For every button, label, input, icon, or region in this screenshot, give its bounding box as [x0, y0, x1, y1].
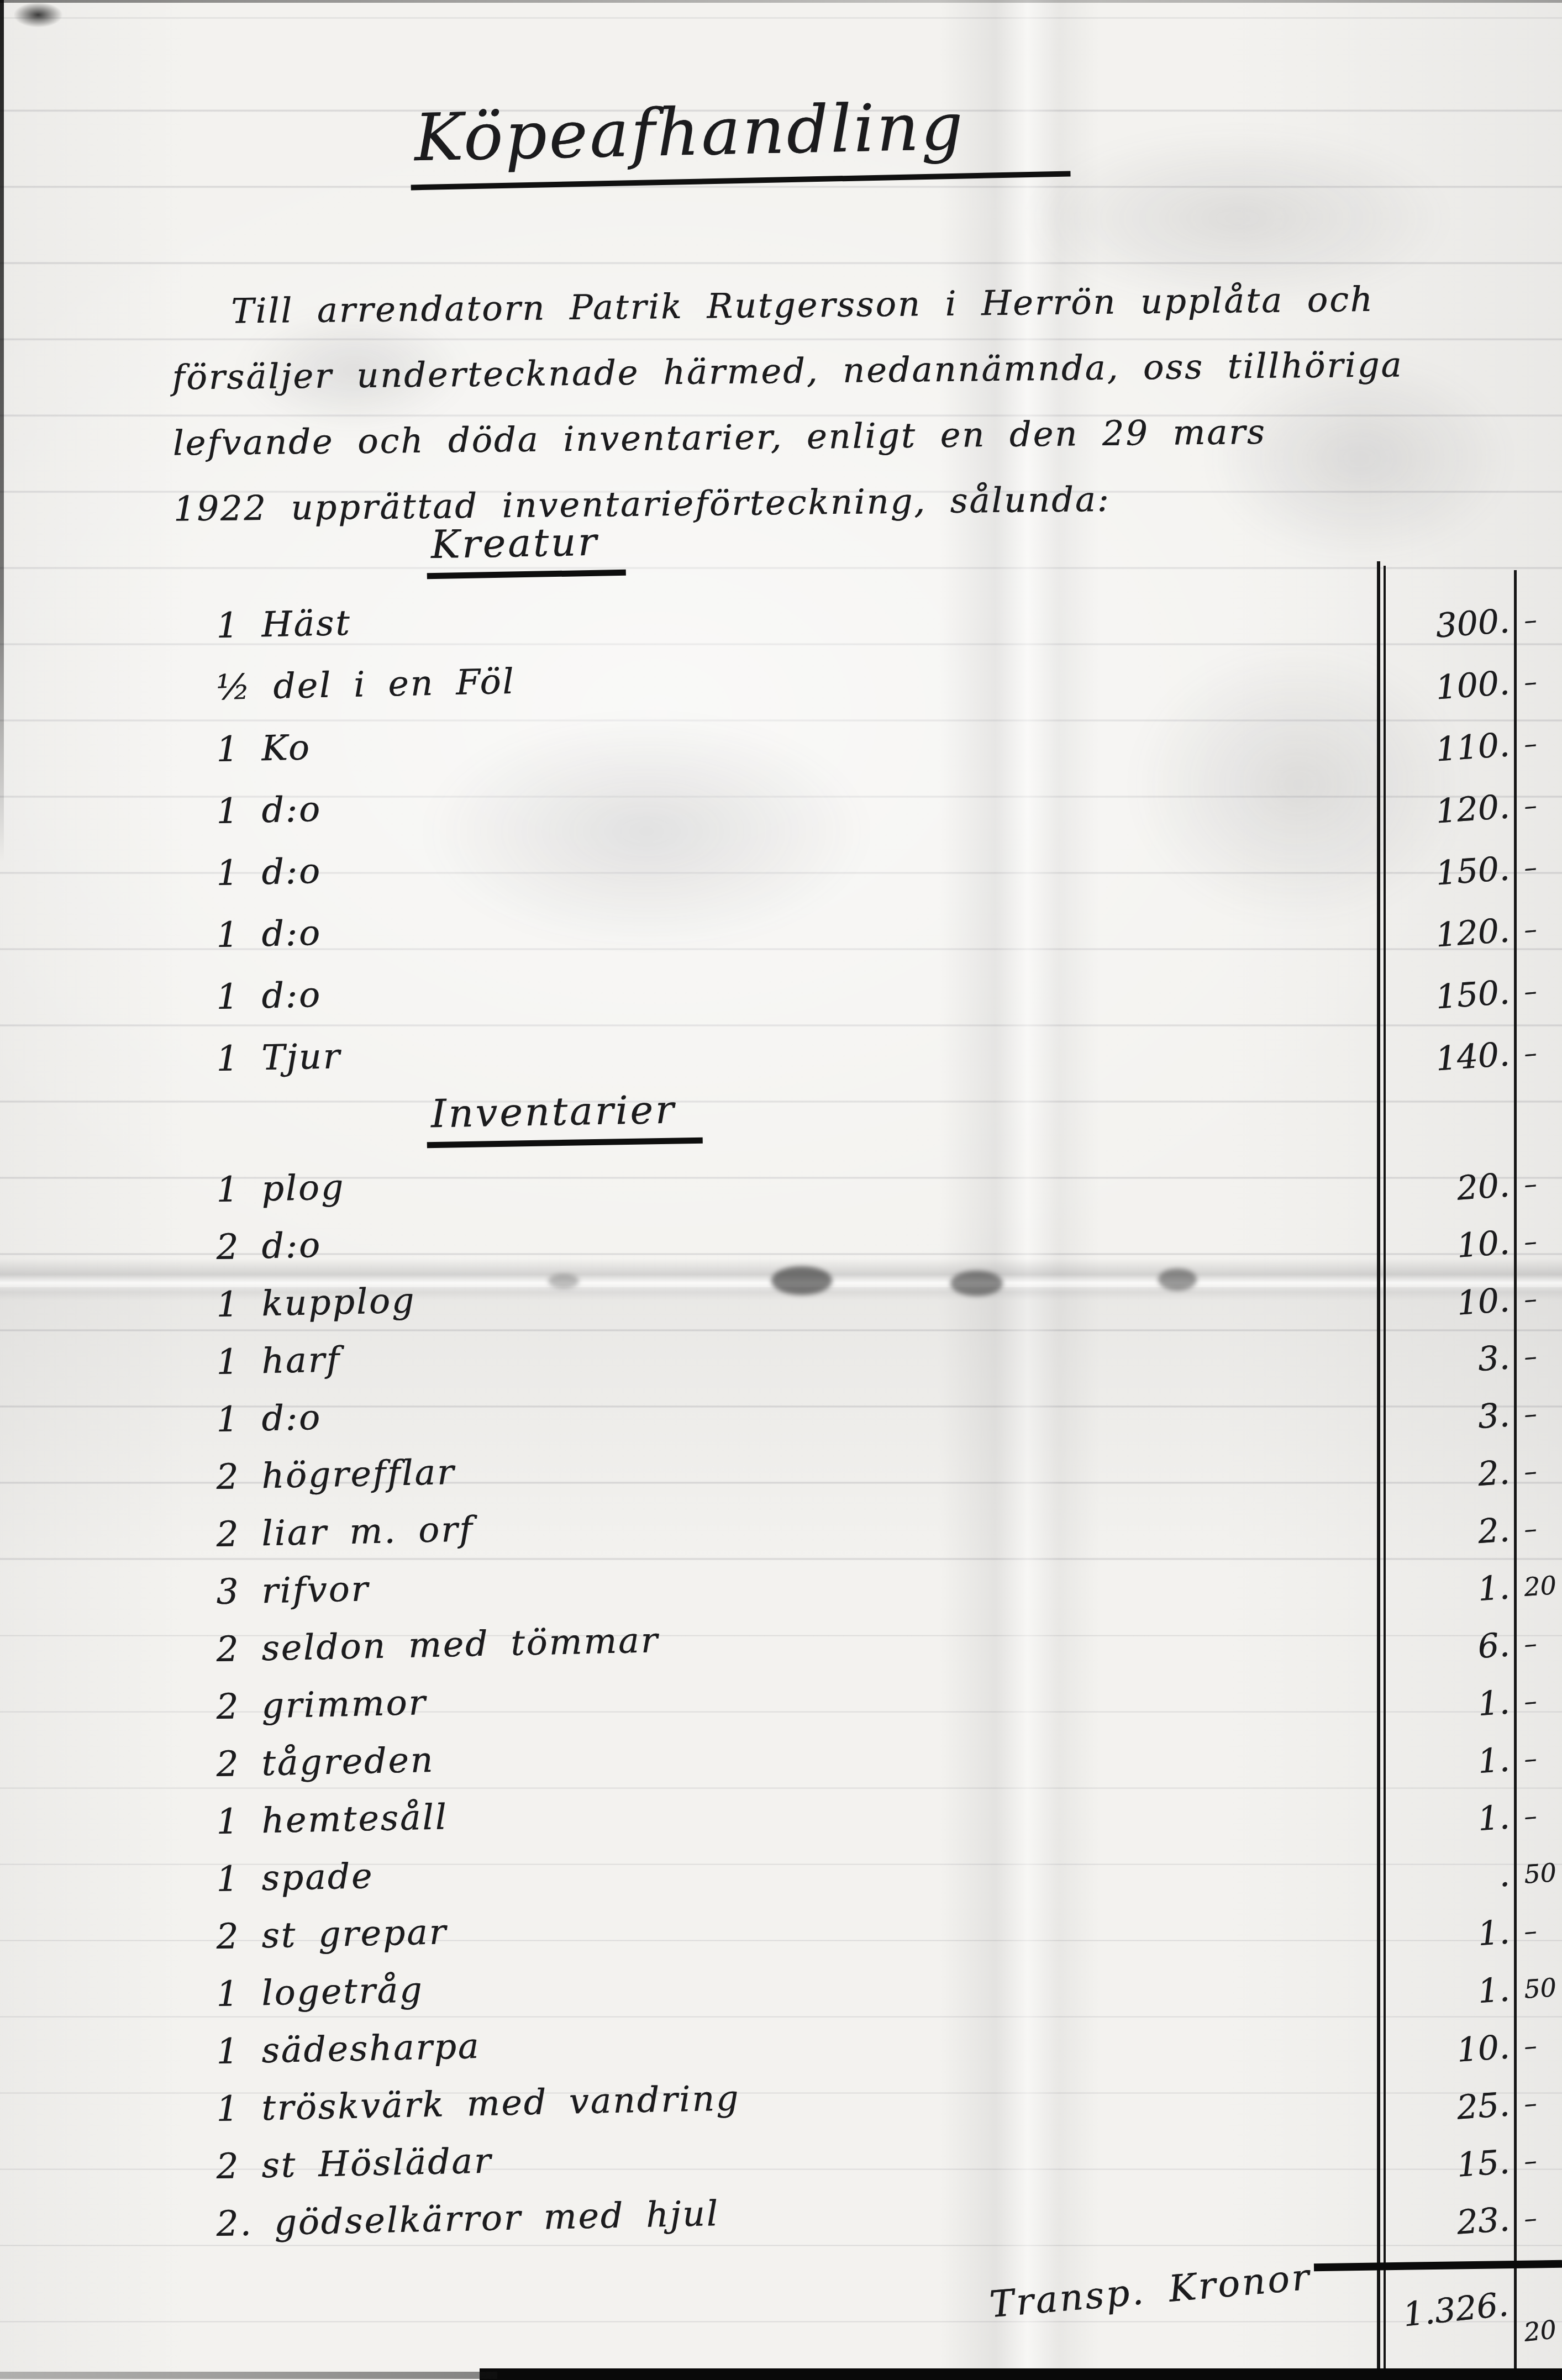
amount-ore: – [1523, 1038, 1538, 1068]
amount-kronor: 1. [1385, 1568, 1511, 1615]
inventory-row: ½ del i en Föl100.– [0, 649, 1562, 711]
amount-kronor: 1. [1385, 1798, 1511, 1845]
amount-ore: – [1523, 976, 1538, 1006]
intro-paragraph: Till arrendatorn Patrik Rutgersson i Her… [171, 265, 1500, 541]
item-label: 1 spade [215, 1856, 374, 1899]
amount-ore: – [1523, 1915, 1538, 1946]
item-label: 2. gödselkärror med hjul [215, 2193, 719, 2244]
inventory-row: 1 d:o150.– [0, 959, 1562, 1020]
amount-ore: – [1523, 728, 1538, 759]
amount-kronor: 1. [1385, 1913, 1511, 1960]
inventory-row: 3 rifvor1.20 [0, 1558, 1562, 1615]
inventory-row: 2 tågreden1.– [0, 1730, 1562, 1788]
amount-kronor: 100. [1385, 664, 1511, 710]
inventory-row: 2 d:o10.– [0, 1213, 1562, 1271]
inventory-row: 1 logetråg1.50 [0, 1960, 1562, 2018]
amount-ore: – [1523, 1398, 1538, 1429]
amount-ore: – [1523, 852, 1538, 882]
amount-kronor: 25. [1385, 2085, 1511, 2132]
amount-ore: – [1523, 1283, 1538, 1314]
item-label: 1 hemtesåll [215, 1797, 448, 1842]
item-label: 2 liar m. orf [215, 1509, 474, 1555]
amount-ore: – [1523, 1800, 1538, 1831]
inventory-row: 1 plog20.– [0, 1156, 1562, 1213]
amount-ore: – [1523, 1686, 1538, 1716]
inventory-row: 1 harf3.– [0, 1328, 1562, 1386]
amount-ore: – [1523, 914, 1538, 944]
scanned-document-page: Köpeafhandling Till arrendatorn Patrik R… [0, 0, 1562, 2380]
inventory-row: 2. gödselkärror med hjul23.– [0, 2190, 1562, 2247]
item-label: 2 st grepar [215, 1912, 448, 1957]
inventory-row: 2 st Höslädar15.– [0, 2132, 1562, 2190]
amount-kronor: 120. [1385, 787, 1511, 834]
section-heading: Inventarier [426, 1087, 703, 1149]
amount-kronor: . [1385, 1855, 1511, 1902]
total-amount-kronor: 1.326. [1359, 2285, 1510, 2339]
amount-kronor: 120. [1385, 911, 1511, 958]
item-label: 1 kupplog [215, 1280, 416, 1325]
amount-ore: – [1523, 2030, 1538, 2061]
amount-kronor: 15. [1385, 2142, 1511, 2189]
amount-ore: – [1523, 790, 1538, 820]
amount-ore: – [1523, 1513, 1538, 1544]
amount-ore: – [1523, 1341, 1538, 1371]
amount-kronor: 1. [1385, 1740, 1511, 1787]
document-title: Köpeafhandling [409, 86, 1070, 191]
amount-kronor: 300. [1385, 602, 1511, 649]
amount-kronor: 6. [1385, 1625, 1511, 1672]
amount-ore: – [1523, 2088, 1538, 2118]
amount-kronor: 110. [1385, 725, 1511, 772]
amount-ore: – [1523, 666, 1538, 697]
amount-kronor: 140. [1385, 1035, 1511, 1082]
item-label: 2 d:o [215, 1225, 322, 1267]
item-label: 1 tröskvärk med vandring [215, 2078, 740, 2129]
amount-ore: – [1523, 1226, 1538, 1256]
scan-edge-bottom [480, 2368, 1562, 2380]
amount-ore: – [1523, 604, 1538, 635]
inventory-row: 1 sädesharpa10.– [0, 2018, 1562, 2075]
amount-kronor: 150. [1385, 849, 1511, 896]
inventory-sections: Kreatur1 Häst300.–½ del i en Föl100.–1 K… [0, 514, 1562, 2247]
scan-edge-bottom [0, 2372, 497, 2379]
inventory-row: 1 kupplog10.– [0, 1271, 1562, 1328]
amount-kronor: 3. [1385, 1396, 1511, 1442]
inventory-row: 2 högrefflar2.– [0, 1443, 1562, 1500]
amount-ore: – [1523, 1743, 1538, 1773]
item-label: 3 rifvor [215, 1568, 370, 1612]
item-label: 1 d:o [215, 851, 322, 893]
item-label: ½ del i en Föl [215, 661, 516, 708]
amount-kronor: 20. [1385, 1166, 1511, 1213]
inventory-row: 2 seldon med tömmar6.– [0, 1615, 1562, 1673]
amount-kronor: 2. [1385, 1453, 1511, 1500]
total-sum-rule [1314, 2260, 1562, 2271]
amount-kronor: 150. [1385, 973, 1511, 1020]
inventory-row: 1 Ko110.– [0, 711, 1562, 773]
inventory-row: 1 d:o150.– [0, 835, 1562, 897]
item-label: 1 Ko [215, 727, 311, 770]
intro-line: försäljer undertecknade härmed, nedannäm… [172, 330, 1498, 410]
amount-kronor: 23. [1385, 2200, 1511, 2247]
inventory-row: 1 spade.50 [0, 1845, 1562, 1903]
item-label: 1 plog [215, 1167, 345, 1210]
amount-kronor: 10. [1385, 1281, 1511, 1328]
inventory-row: 1 Tjur140.– [0, 1020, 1562, 1082]
item-label: 1 Tjur [215, 1036, 341, 1079]
amount-ore: – [1523, 1456, 1538, 1486]
inventory-row: 1 hemtesåll1.– [0, 1788, 1562, 1845]
item-label: 1 d:o [215, 789, 322, 831]
inventory-row: 2 liar m. orf2.– [0, 1500, 1562, 1558]
inventory-row: 2 st grepar1.– [0, 1903, 1562, 1960]
amount-kronor: 10. [1385, 1223, 1511, 1270]
amount-ore: – [1523, 2145, 1538, 2176]
amount-ore: – [1523, 1628, 1538, 1658]
item-label: 1 d:o [215, 1397, 322, 1440]
scan-corner-mark [13, 2, 63, 28]
item-label: 1 Häst [215, 603, 351, 646]
item-label: 1 logetråg [215, 1970, 424, 2014]
item-label: 2 grimmor [215, 1682, 427, 1727]
amount-ore: – [1523, 2203, 1538, 2233]
amount-kronor: 10. [1385, 2028, 1511, 2074]
item-label: 2 högrefflar [215, 1452, 455, 1497]
amount-kronor: 3. [1385, 1338, 1511, 1385]
inventory-row: 2 grimmor1.– [0, 1673, 1562, 1730]
amount-ore: 50 [1523, 1857, 1557, 1889]
amount-ore: 50 [1523, 1972, 1557, 2004]
item-label: 2 tågreden [215, 1740, 434, 1784]
scan-edge-left [0, 0, 4, 862]
amount-ore: 20 [1523, 1570, 1557, 1602]
inventory-row: 1 d:o120.– [0, 897, 1562, 959]
item-label: 2 seldon med tömmar [215, 1620, 659, 1670]
inventory-row: 1 tröskvärk med vandring25.– [0, 2075, 1562, 2132]
inventory-row: 1 Häst300.– [0, 587, 1562, 649]
item-label: 2 st Höslädar [215, 2141, 492, 2187]
inventory-row: 1 d:o120.– [0, 773, 1562, 835]
section-heading: Kreatur [426, 519, 625, 579]
amount-kronor: 1. [1385, 1970, 1511, 2017]
item-label: 1 d:o [215, 913, 322, 955]
item-label: 1 sädesharpa [215, 2026, 481, 2072]
amount-kronor: 2. [1385, 1510, 1511, 1557]
scan-edge-top [0, 0, 1562, 3]
amount-ore: – [1523, 1168, 1538, 1199]
amount-kronor: 1. [1385, 1683, 1511, 1730]
item-label: 1 harf [215, 1339, 341, 1382]
inventory-row: 1 d:o3.– [0, 1386, 1562, 1443]
item-label: 1 d:o [215, 975, 322, 1017]
total-amount-ore: 20 [1522, 2314, 1558, 2347]
